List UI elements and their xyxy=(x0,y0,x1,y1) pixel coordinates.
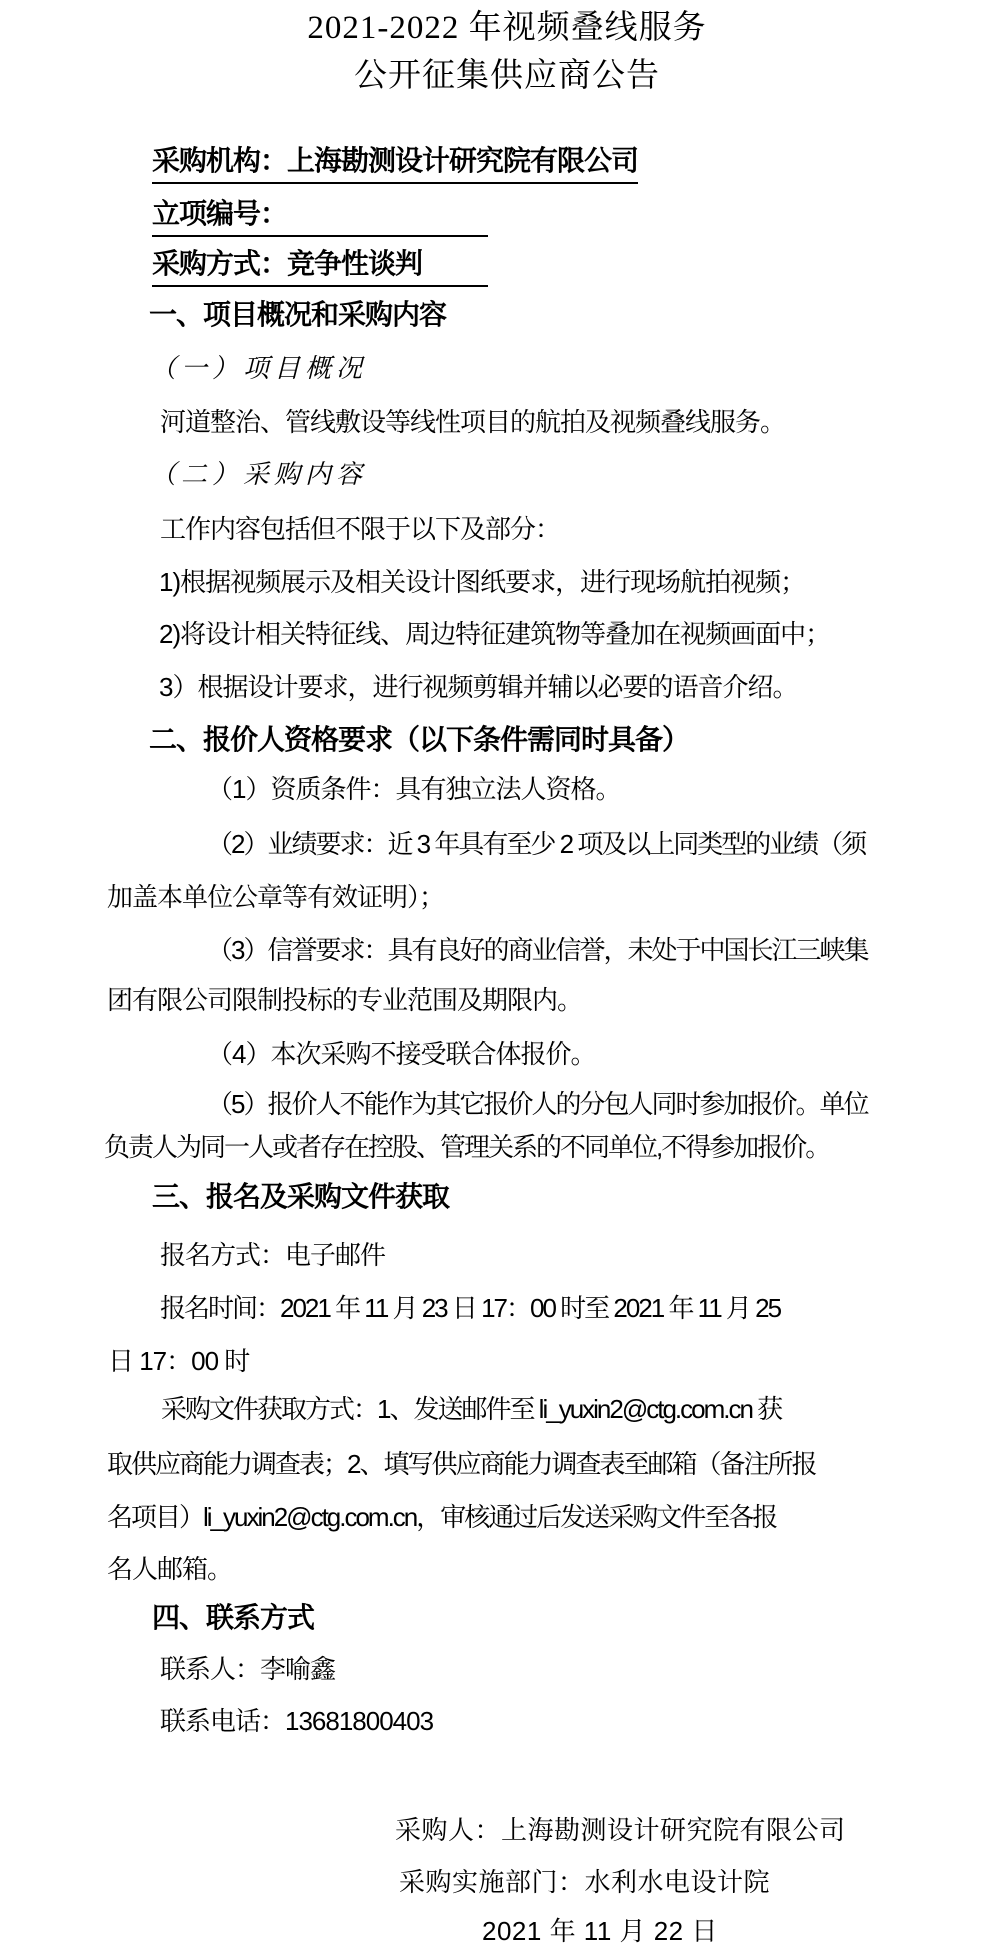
procurement-method-field: 采购方式：竞争性谈判 xyxy=(152,247,488,287)
signature-purchaser-line: 采购人：上海勘测设计研究院有限公司 xyxy=(395,1814,846,1846)
subsection-1-1-heading: （一）项目概况 xyxy=(150,353,367,385)
signature-date-line: 2021 年 11 月 22 日 xyxy=(482,1915,718,1947)
document-acquisition-line-3: 名项目）li_yuxin2@ctg.com.cn，审核通过后发送采购文件至各报 xyxy=(107,1501,776,1533)
work-item-1: 1)根据视频展示及相关设计图纸要求，进行现场航拍视频； xyxy=(159,566,805,598)
qualification-item-5-line-1: （5）报价人不能作为其它报价人的分包人同时参加报价。单位 xyxy=(207,1088,867,1120)
section-4-heading: 四、联系方式 xyxy=(152,1601,314,1635)
registration-method-line: 报名方式：电子邮件 xyxy=(160,1239,385,1271)
document-acquisition-line-1: 采购文件获取方式：1、发送邮件至 li_yuxin2@ctg.com.cn 获 xyxy=(161,1393,781,1425)
project-overview-text: 河道整治、管线敷设等线性项目的航拍及视频叠线服务。 xyxy=(160,406,785,438)
section-3-heading: 三、报名及采购文件获取 xyxy=(152,1180,449,1214)
registration-time-line-2: 日 17：00 时 xyxy=(108,1345,249,1377)
qualification-item-2-line-1: （2）业绩要求：近 3 年具有至少 2 项及以上同类型的业绩（须 xyxy=(207,828,865,860)
qualification-item-4: （4）本次采购不接受联合体报价。 xyxy=(207,1038,595,1070)
signature-department-line: 采购实施部门：水利水电设计院 xyxy=(399,1866,770,1898)
subsection-1-2-heading: （二）采购内容 xyxy=(150,459,367,491)
qualification-item-3-line-1: （3）信誉要求：具有良好的商业信誉，未处于中国长江三峡集 xyxy=(207,934,867,966)
contact-person-line: 联系人：李喻鑫 xyxy=(160,1653,335,1685)
project-number-field: 立项编号： xyxy=(152,197,488,237)
section-1-heading: 一、项目概况和采购内容 xyxy=(149,298,446,332)
work-item-3: 3）根据设计要求，进行视频剪辑并辅以必要的语音介绍。 xyxy=(159,671,797,703)
document-acquisition-line-2: 取供应商能力调查表；2、填写供应商能力调查表至邮箱（备注所报 xyxy=(107,1448,815,1480)
document-title-line-2: 公开征集供应商公告 xyxy=(0,56,1000,96)
section-2-heading: 二、报价人资格要求（以下条件需同时具备） xyxy=(149,723,689,757)
qualification-item-1: （1）资质条件：具有独立法人资格。 xyxy=(207,773,620,805)
work-content-intro: 工作内容包括但不限于以下及部分： xyxy=(160,513,560,545)
purchasing-agency-field: 采购机构：上海勘测设计研究院有限公司 xyxy=(152,144,638,184)
qualification-item-2-line-2: 加盖本单位公章等有效证明）； xyxy=(107,881,444,913)
document-acquisition-line-4: 名人邮箱。 xyxy=(107,1553,232,1585)
document-title-line-1: 2021-2022 年视频叠线服务 xyxy=(0,8,1000,48)
qualification-item-3-line-2: 团有限公司限制投标的专业范围及期限内。 xyxy=(107,984,582,1016)
contact-phone-line: 联系电话：13681800403 xyxy=(160,1705,433,1737)
qualification-item-5-line-2: 负责人为同一人或者存在控股、管理关系的不同单位,不得参加报价。 xyxy=(104,1131,829,1163)
work-item-2: 2)将设计相关特征线、周边特征建筑物等叠加在视频画面中； xyxy=(159,618,830,650)
announcement-document: 2021-2022 年视频叠线服务 公开征集供应商公告 采购机构：上海勘测设计研… xyxy=(0,0,1000,1955)
registration-time-line-1: 报名时间：2021 年 11 月 23 日 17：00 时至 2021 年 11… xyxy=(160,1292,780,1324)
